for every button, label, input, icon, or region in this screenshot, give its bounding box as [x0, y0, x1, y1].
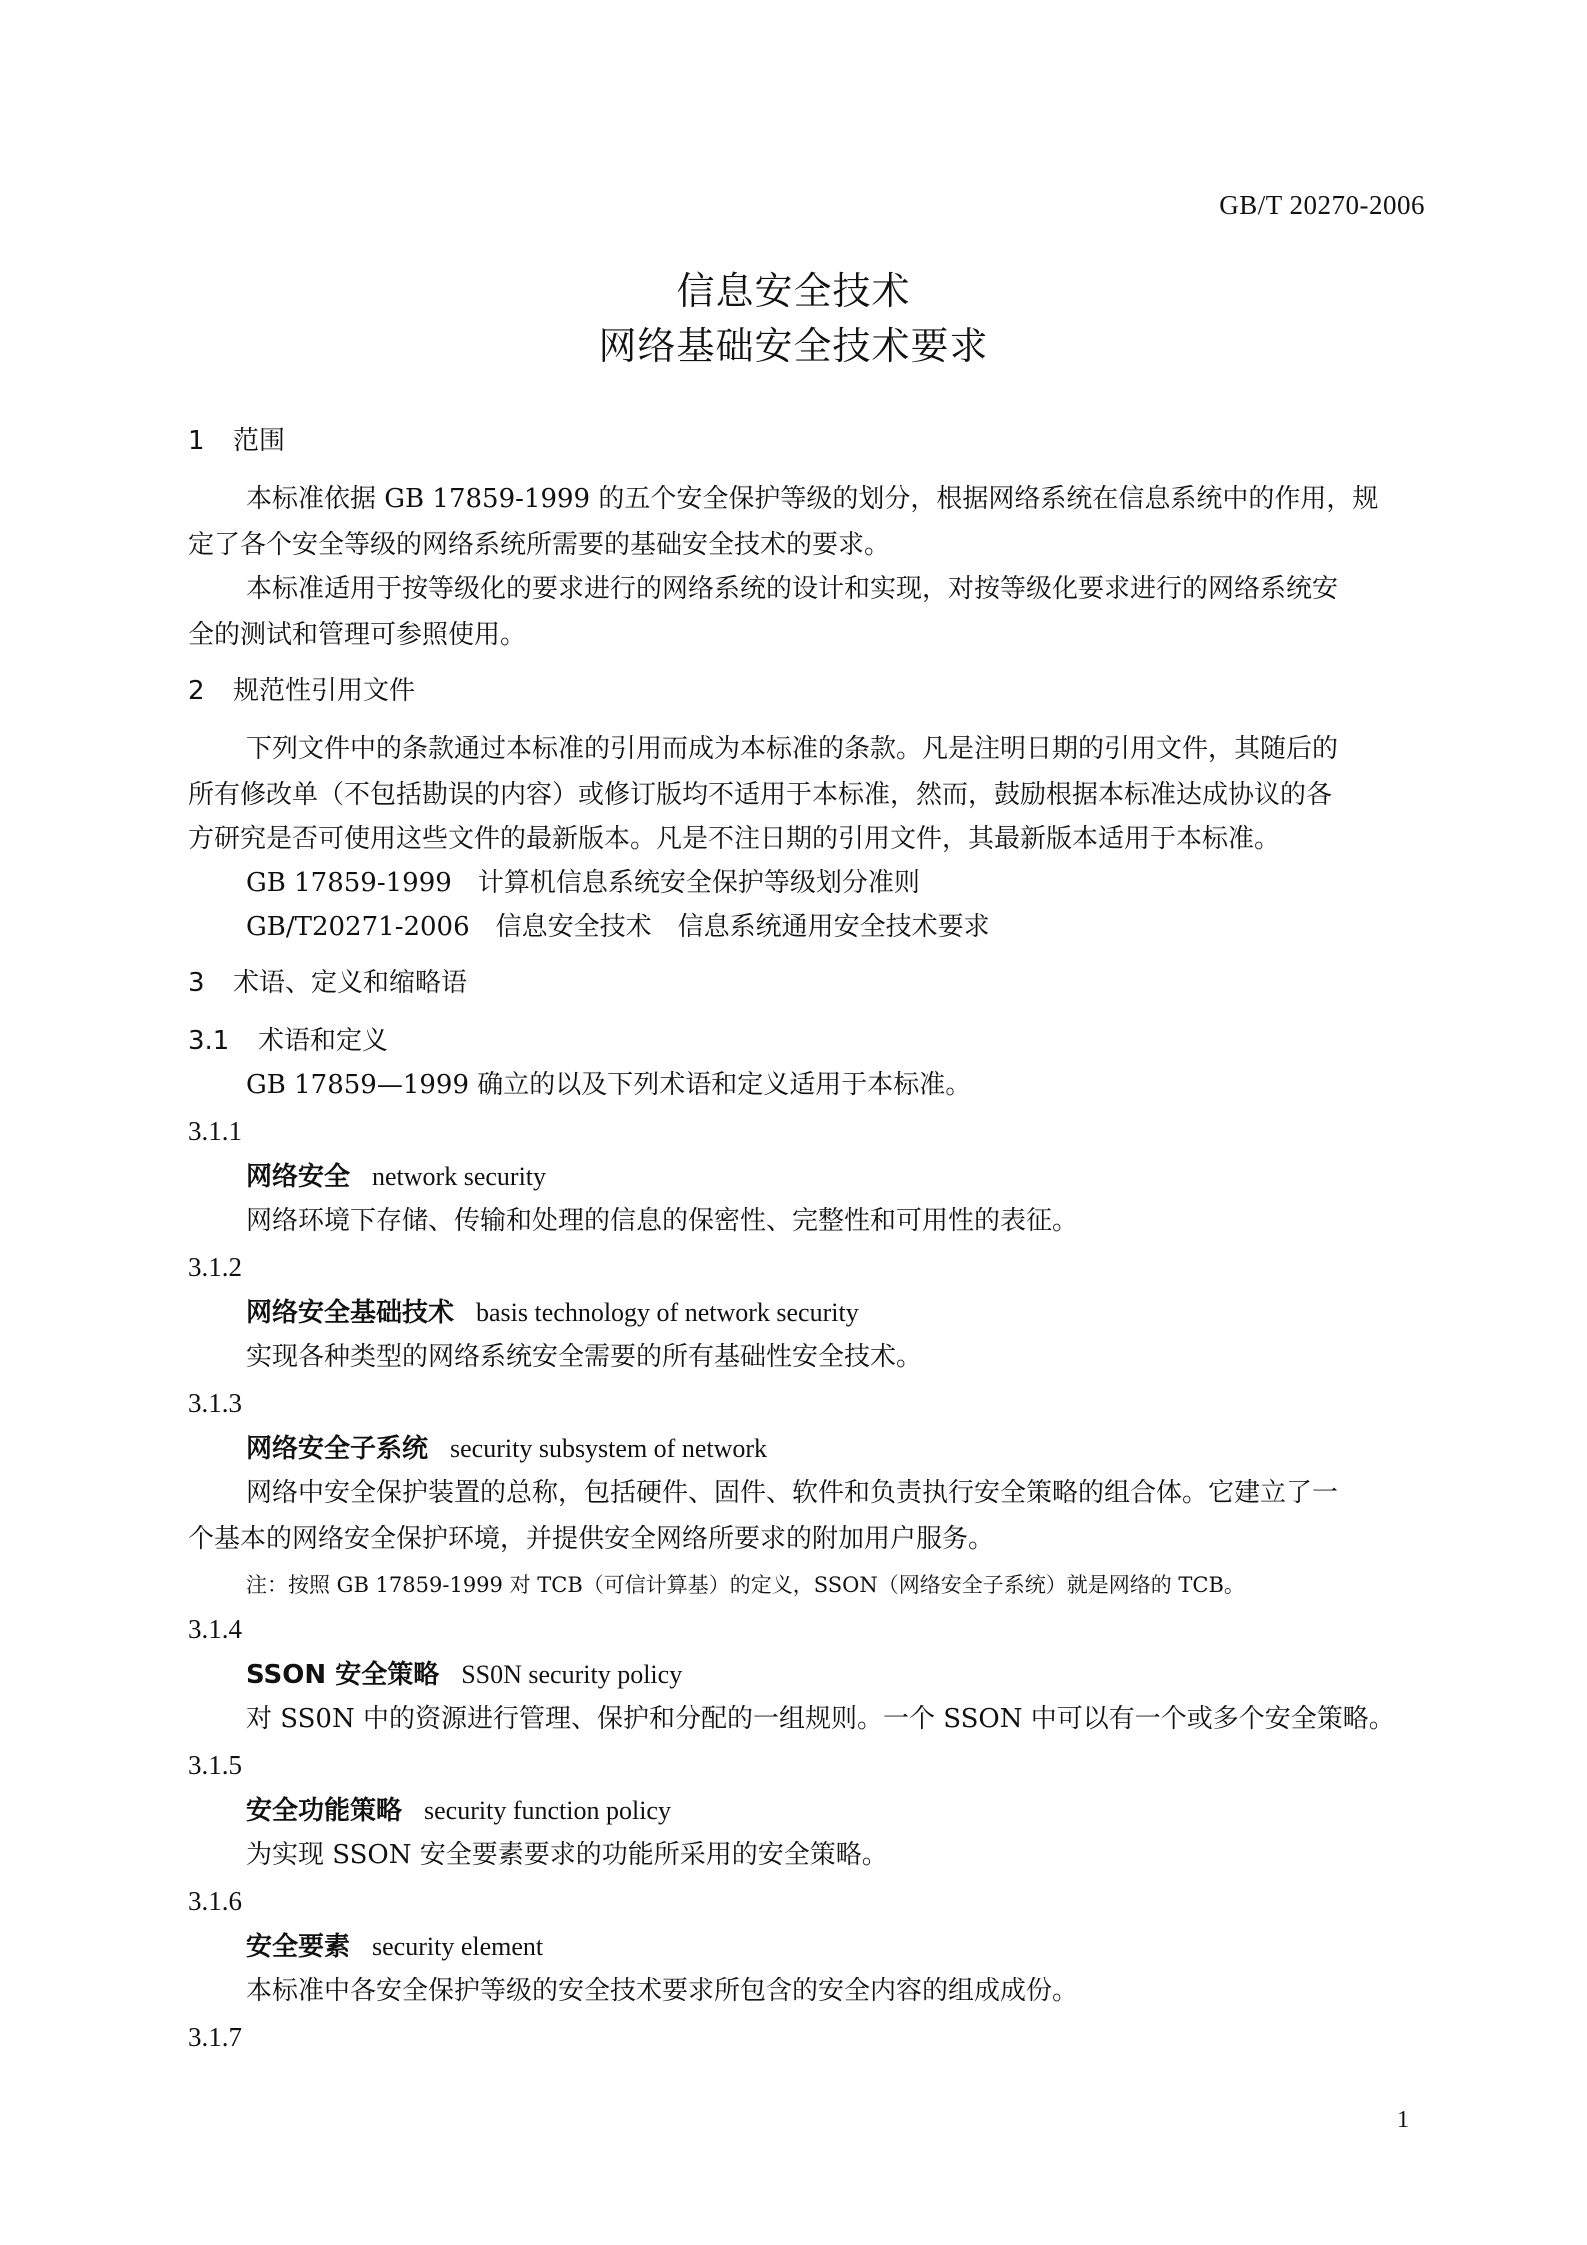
term-heading: 网络安全基础技术basis technology of network secu… — [246, 1298, 859, 1328]
page-number: 1 — [1397, 2107, 1409, 2134]
term-zh: SSON 安全策略 — [246, 1660, 439, 1690]
reference-title: 信息安全技术 信息系统通用安全技术要求 — [496, 912, 990, 942]
section-title: 规范性引用文件 — [233, 676, 415, 706]
term-zh: 网络安全子系统 — [246, 1434, 428, 1464]
subsection-3-1-heading: 3.1术语和定义 — [188, 1026, 388, 1056]
term-definition: 本标准中各安全保护等级的安全技术要求所包含的安全内容的组成成份。 — [246, 1976, 1078, 2006]
subsection-number: 3.1 — [188, 1026, 258, 1056]
section-number: 1 — [188, 426, 233, 456]
clause-number: 3.1.2 — [188, 1252, 242, 1282]
normative-reference: GB/T20271-2006信息安全技术 信息系统通用安全技术要求 — [246, 912, 990, 942]
term-en: network security — [372, 1162, 546, 1191]
clause-number: 3.1.1 — [188, 1116, 242, 1146]
document-page: GB/T 20270-2006 信息安全技术 网络基础安全技术要求 1范围 本标… — [0, 0, 1587, 2245]
term-definition: 网络环境下存储、传输和处理的信息的保密性、完整性和可用性的表征。 — [246, 1206, 1078, 1236]
term-en: security function policy — [424, 1796, 671, 1825]
paragraph-line: 全的测试和管理可参照使用。 — [188, 620, 526, 650]
paragraph-line: 定了各个安全等级的网络系统所需要的基础安全技术的要求。 — [188, 530, 890, 560]
normative-reference: GB 17859-1999计算机信息系统安全保护等级划分准则 — [246, 868, 920, 898]
term-en: security subsystem of network — [450, 1434, 767, 1463]
document-title-line2: 网络基础安全技术要求 — [0, 315, 1587, 370]
term-heading: 网络安全network security — [246, 1162, 546, 1192]
term-definition: 对 SS0N 中的资源进行管理、保护和分配的一组规则。一个 SSON 中可以有一… — [246, 1704, 1395, 1734]
term-definition: 为实现 SSON 安全要素要求的功能所采用的安全策略。 — [246, 1840, 888, 1870]
reference-code: GB/T20271-2006 — [246, 912, 470, 942]
term-zh: 网络安全 — [246, 1162, 350, 1192]
section-number: 3 — [188, 968, 233, 998]
term-en: SS0N security policy — [461, 1660, 682, 1689]
clause-number: 3.1.7 — [188, 2022, 242, 2052]
term-heading: 安全要素security element — [246, 1932, 543, 1962]
term-zh: 安全功能策略 — [246, 1796, 402, 1826]
term-zh: 网络安全基础技术 — [246, 1298, 454, 1328]
paragraph-line: 本标准适用于按等级化的要求进行的网络系统的设计和实现，对按等级化要求进行的网络系… — [246, 574, 1338, 604]
term-en: security element — [372, 1932, 543, 1961]
paragraph-line: 下列文件中的条款通过本标准的引用而成为本标准的条款。凡是注明日期的引用文件，其随… — [246, 734, 1338, 764]
section-number: 2 — [188, 676, 233, 706]
term-heading: 安全功能策略security function policy — [246, 1796, 671, 1826]
term-heading: 网络安全子系统security subsystem of network — [246, 1434, 767, 1464]
section-1-heading: 1范围 — [188, 426, 285, 456]
term-definition: 个基本的网络安全保护环境，并提供安全网络所要求的附加用户服务。 — [188, 1524, 994, 1554]
term-en: basis technology of network security — [476, 1298, 859, 1327]
section-title: 范围 — [233, 426, 285, 456]
term-definition: 实现各种类型的网络系统安全需要的所有基础性安全技术。 — [246, 1342, 922, 1372]
clause-number: 3.1.4 — [188, 1614, 242, 1644]
term-note: 注：按照 GB 17859-1999 对 TCB（可信计算基）的定义，SSON（… — [246, 1570, 1245, 1600]
clause-number: 3.1.5 — [188, 1750, 242, 1780]
section-3-heading: 3术语、定义和缩略语 — [188, 968, 467, 998]
clause-number: 3.1.6 — [188, 1886, 242, 1916]
section-2-heading: 2规范性引用文件 — [188, 676, 415, 706]
clause-number: 3.1.3 — [188, 1388, 242, 1418]
reference-title: 计算机信息系统安全保护等级划分准则 — [478, 868, 920, 898]
reference-code: GB 17859-1999 — [246, 868, 452, 898]
paragraph-line: 所有修改单（不包括勘误的内容）或修订版均不适用于本标准，然而，鼓励根据本标准达成… — [188, 780, 1332, 810]
paragraph-line: 方研究是否可使用这些文件的最新版本。凡是不注日期的引用文件，其最新版本适用于本标… — [188, 824, 1280, 854]
standard-code: GB/T 20270-2006 — [1219, 190, 1425, 221]
term-zh: 安全要素 — [246, 1932, 350, 1962]
paragraph-line: GB 17859—1999 确立的以及下列术语和定义适用于本标准。 — [246, 1070, 971, 1100]
paragraph-line: 本标准依据 GB 17859-1999 的五个安全保护等级的划分，根据网络系统在… — [246, 484, 1378, 514]
term-definition: 网络中安全保护装置的总称，包括硬件、固件、软件和负责执行安全策略的组合体。它建立… — [246, 1478, 1338, 1508]
document-title-line1: 信息安全技术 — [0, 260, 1587, 315]
term-heading: SSON 安全策略SS0N security policy — [246, 1660, 682, 1690]
section-title: 术语、定义和缩略语 — [233, 968, 467, 998]
subsection-title: 术语和定义 — [258, 1026, 388, 1056]
